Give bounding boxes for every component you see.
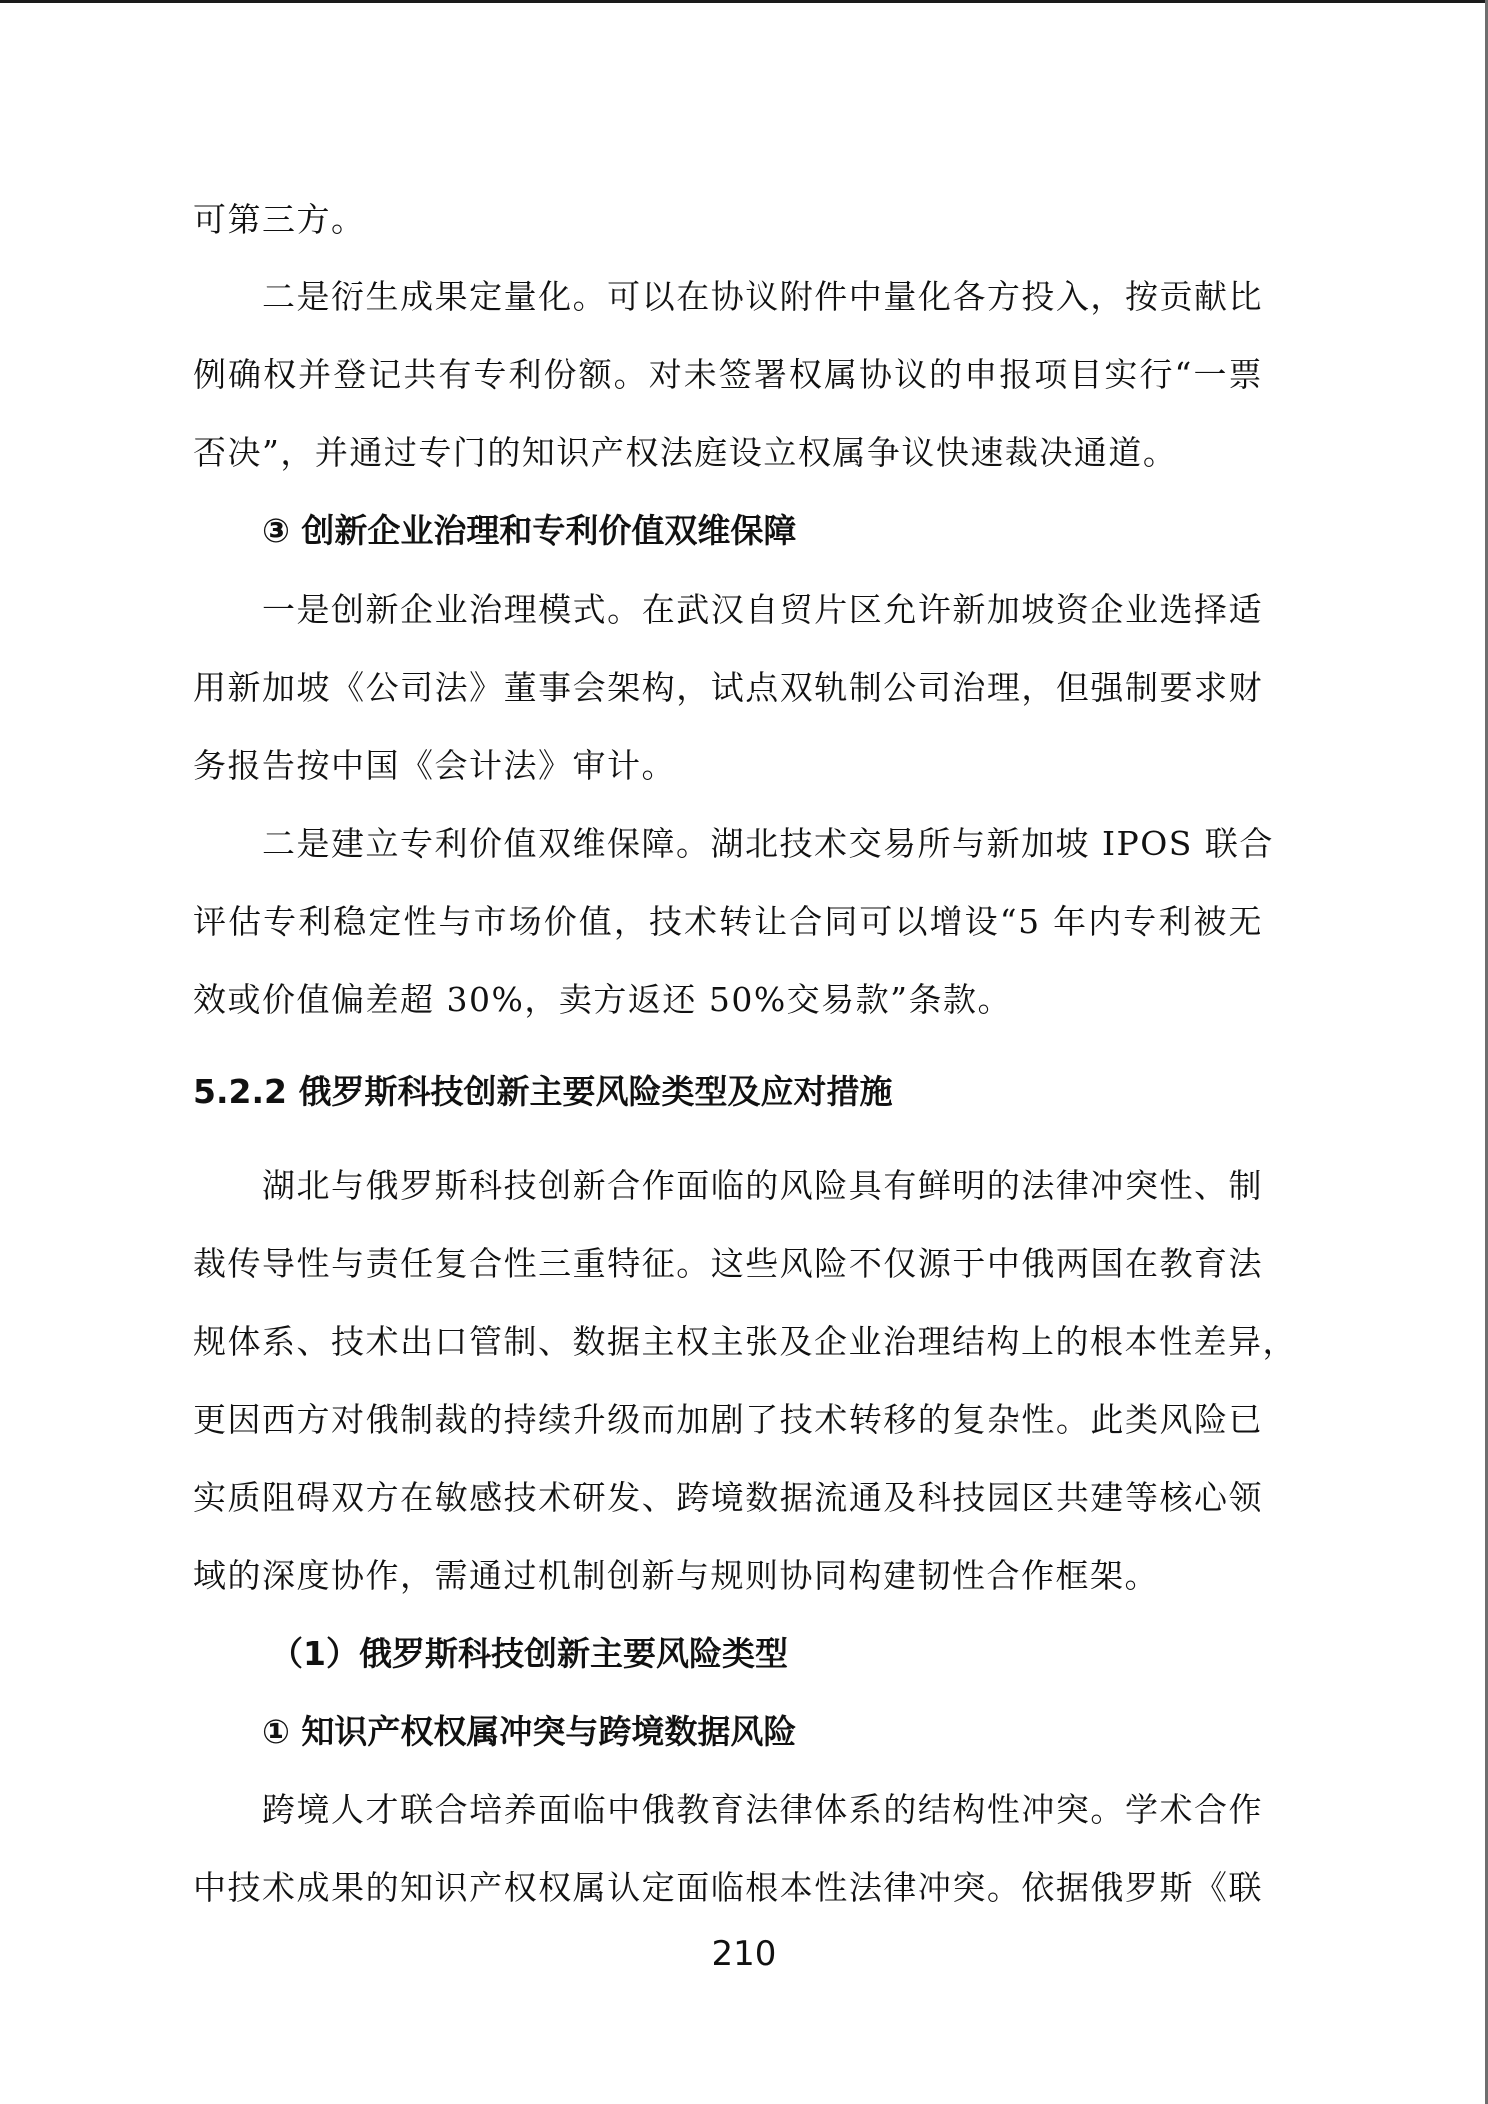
paragraph-line: 效或价值偏差超 30%，卖方返还 50%交易款”条款。	[193, 976, 1263, 1024]
paragraph-line: 例确权并登记共有专利份额。对未签署权属协议的申报项目实行“一票	[193, 351, 1263, 399]
paragraph-line: 裁传导性与责任复合性三重特征。这些风险不仅源于中俄两国在教育法	[193, 1240, 1263, 1288]
paragraph-line: 域的深度协作，需通过机制创新与规则协同构建韧性合作框架。	[193, 1552, 1263, 1600]
document-page: 可第三方。 二是衍生成果定量化。可以在协议附件中量化各方投入，按贡献比 例确权并…	[0, 0, 1488, 2104]
paragraph-line: 二是建立专利价值双维保障。湖北技术交易所与新加坡 IPOS 联合	[262, 820, 1263, 868]
subheading-governance-patent: ③ 创新企业治理和专利价值双维保障	[262, 507, 1332, 555]
paragraph-line: 否决”，并通过专门的知识产权法庭设立权属争议快速裁决通道。	[193, 429, 1263, 477]
paragraph-line: 湖北与俄罗斯科技创新合作面临的风险具有鲜明的法律冲突性、制	[262, 1162, 1263, 1210]
paragraph-line: 用新加坡《公司法》董事会架构，试点双轨制公司治理，但强制要求财	[193, 664, 1263, 712]
paragraph-line: 可第三方。	[193, 196, 1263, 244]
paragraph-line: 实质阻碍双方在敏感技术研发、跨境数据流通及科技园区共建等核心领	[193, 1474, 1263, 1522]
paragraph-line: 中技术成果的知识产权权属认定面临根本性法律冲突。依据俄罗斯《联	[193, 1864, 1263, 1912]
paragraph-line: 更因西方对俄制裁的持续升级而加剧了技术转移的复杂性。此类风险已	[193, 1396, 1263, 1444]
paragraph-line: 评估专利稳定性与市场价值，技术转让合同可以增设“5 年内专利被无	[193, 898, 1263, 946]
paragraph-line: 二是衍生成果定量化。可以在协议附件中量化各方投入，按贡献比	[262, 273, 1263, 321]
paragraph-line: 一是创新企业治理模式。在武汉自贸片区允许新加坡资企业选择适	[262, 586, 1263, 634]
paragraph-line: 务报告按中国《会计法》审计。	[193, 742, 1263, 790]
section-heading: 5.2.2 俄罗斯科技创新主要风险类型及应对措施	[193, 1068, 1263, 1116]
subheading-ip-data-risk: ① 知识产权权属冲突与跨境数据风险	[262, 1708, 1332, 1756]
subheading-risk-types: （1）俄罗斯科技创新主要风险类型	[270, 1630, 1340, 1678]
paragraph-line: 跨境人才联合培养面临中俄教育法律体系的结构性冲突。学术合作	[262, 1786, 1263, 1834]
paragraph-line: 规体系、技术出口管制、数据主权主张及企业治理结构上的根本性差异，	[193, 1318, 1263, 1366]
page-number: 210	[0, 1930, 1488, 1978]
